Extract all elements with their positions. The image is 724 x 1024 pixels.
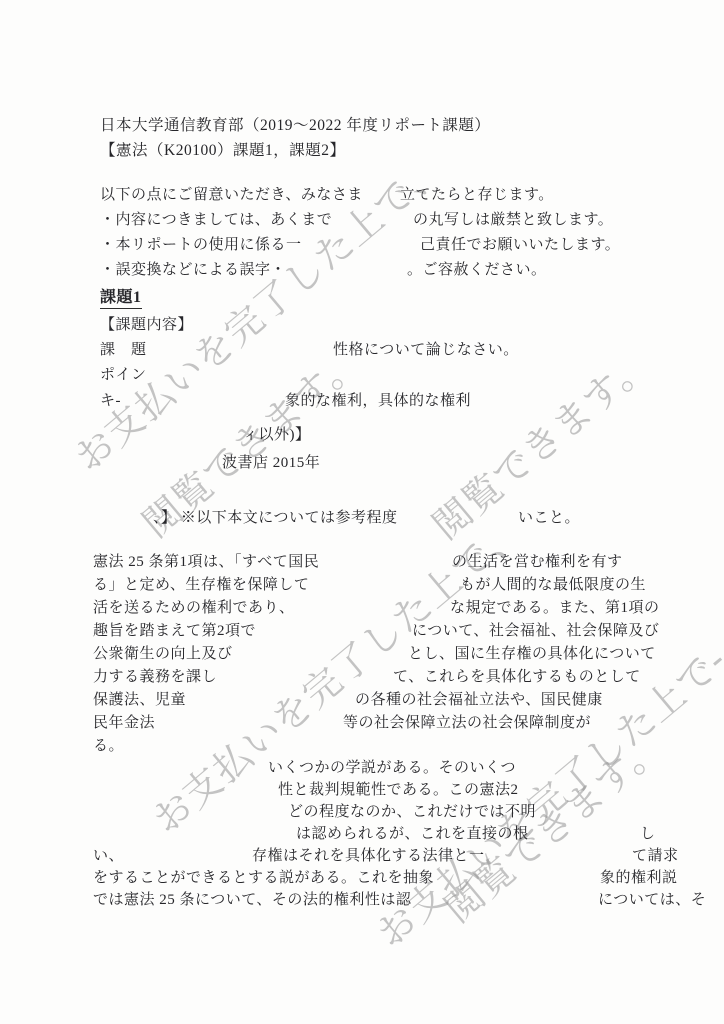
notice-line2-right: の丸写しは厳禁と致します。 [413,213,613,228]
body2-line6-left: をすることができるとする説がある。これを抽象 [93,871,434,886]
note-line-right: いこと。 [518,511,580,526]
document-title-line1: 日本大学通信教育部（2019〜2022 年度リポート課題） [100,118,490,134]
row-keyword-text: 象的な権利，具体的な権利 [285,394,471,409]
note-line-left: 、】 ※以下本文については参考程度 [153,511,397,526]
row-kadai-label: 課 題 [100,343,147,358]
notice-line4-right: 。ご容赦ください。 [407,263,547,278]
body1-line1-right: の生活を営む権利を有す [452,555,623,570]
row-keyword-label: キ- [100,394,121,409]
body1-line1-left: 憲法 25 条第1項は、「すべて国民 [93,555,319,570]
body2-line4-right: し [640,827,656,842]
document-title-line2: 【憲法（K20100）課題1，課題2】 [100,143,345,159]
body2-line2-mid: 性と裁判規範性である。この憲法2 [278,783,519,798]
content-label: 【課題内容】 [100,318,193,333]
notice-line2-left: ・内容につきましては、あくまで [100,213,332,228]
scanned-document-page: お支払いを完了した上で、 閲覧できます。 閲覧できます。 お支払いを完了した上で… [0,0,724,1024]
body1-line2-right: もが人間的な最低限度の生 [460,578,646,593]
body2-line7-right: については、そ [598,893,706,908]
body1-line5-left: 公衆衛生の向上及び [93,647,233,662]
body1-line8-right: 等の社会保障立法の社会保障制度が [343,716,591,731]
body1-line3-right: な規定である。また、第1項の [450,601,660,616]
body2-line6-right: 象的権利説 [600,871,678,886]
body1-line9-left: る。 [93,739,124,754]
notice-line1-left: 以下の点にご留意いただき、みなさま [100,188,363,203]
body1-line8-left: 民年金法 [93,716,155,731]
body2-line5-mid: 存権はそれを具体化する法律と一 [252,849,485,864]
body2-line1-mid: いくつかの学説がある。そのいくつ [268,761,516,776]
body1-line6-right: て、これらを具体化するものとして [393,670,641,685]
body2-line4-mid: は認められるが、これを直接の根 [296,827,529,842]
body2-line3-mid: どの程度なのか、これだけでは不明 [288,805,536,820]
section-title: 課題1 [100,290,142,309]
notice-line4-left: ・誤変換などによる誤字・ [100,263,286,278]
reference-line2: 波書店 2015年 [222,456,320,471]
row-kadai-text: 性格について論じなさい。 [333,343,519,358]
body2-line5-right: て請求 [632,849,679,864]
body2-line7-left: では憲法 25 条について、その法的権利性は認 [93,893,411,908]
body1-line7-left: 保護法、児童 [93,693,186,708]
body2-line5-left: い、 [93,849,124,864]
reference-line1: ィ以外)】 [243,428,311,443]
body1-line2-left: る」と定め、生存権を保障して [93,578,309,593]
body1-line4-right: について、社会福祉、社会保障及び [412,624,659,639]
body1-line7-right: の各種の社会福祉立法や、国民健康 [355,693,603,708]
body1-line6-left: 力する義務を課し [93,670,217,685]
body1-line4-left: 趣旨を踏まえて第2項で [93,624,256,639]
body1-line5-right: とし、国に生存権の具体化について [408,647,656,662]
row-point-label: ポイン [100,368,147,383]
notice-line3-right: 己責任でお願いいたします。 [420,238,620,253]
notice-line3-left: ・本リポートの使用に係る一 [100,238,302,253]
notice-line1-right: 立てたらと存じます。 [400,188,554,203]
body1-line3-left: 活を送るための権利であり、 [93,601,295,616]
